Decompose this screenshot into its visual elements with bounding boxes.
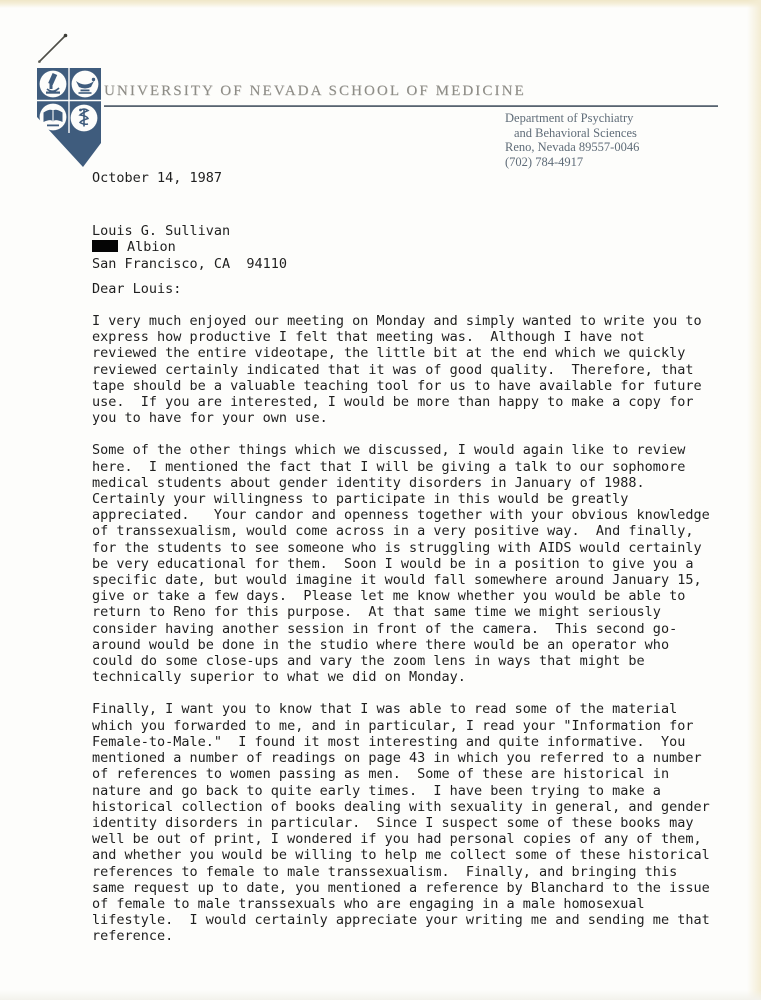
lamp-of-learning-icon (72, 71, 99, 98)
scan-edge-right (747, 0, 761, 1000)
recipient-street-line: Albion (92, 239, 748, 255)
microscope-icon (40, 71, 67, 98)
paragraph-3: Finally, I want you to know that I was a… (92, 701, 748, 944)
department-line-4: (702) 784-4917 (505, 155, 639, 170)
unr-nevada-state-logo (36, 67, 102, 168)
paragraph-1: I very much enjoyed our meeting on Monda… (92, 313, 748, 426)
scan-edge-bottom (0, 990, 761, 1000)
scanned-letter-page: UNIVERSITY OF NEVADA SCHOOL OF MEDICINE … (0, 0, 761, 1000)
asclepius-staff-icon (71, 105, 98, 132)
recipient-city-line: San Francisco, CA 94110 (92, 256, 748, 272)
letter-body: October 14, 1987 Louis G. Sullivan Albio… (92, 170, 748, 945)
salutation: Dear Louis: (92, 281, 748, 297)
department-address-block: Department of Psychiatry and Behavioral … (505, 111, 639, 169)
recipient-address-block: Louis G. Sullivan Albion San Francisco, … (92, 223, 748, 272)
letter-date: October 14, 1987 (92, 170, 748, 186)
department-line-1: Department of Psychiatry (505, 111, 639, 126)
open-book-icon (40, 104, 67, 131)
paragraph-2: Some of the other things which we discus… (92, 442, 748, 685)
scan-edge-top (0, 0, 761, 8)
letterhead-rule (104, 105, 718, 107)
department-line-3: Reno, Nevada 89557-0046 (505, 140, 639, 155)
recipient-name: Louis G. Sullivan (92, 223, 748, 239)
pen-slash-mark (34, 28, 74, 68)
university-name: UNIVERSITY OF NEVADA SCHOOL OF MEDICINE (104, 83, 526, 100)
department-line-2: and Behavioral Sciences (505, 126, 639, 141)
redaction-box (92, 240, 118, 252)
recipient-street-label: Albion (127, 239, 176, 255)
